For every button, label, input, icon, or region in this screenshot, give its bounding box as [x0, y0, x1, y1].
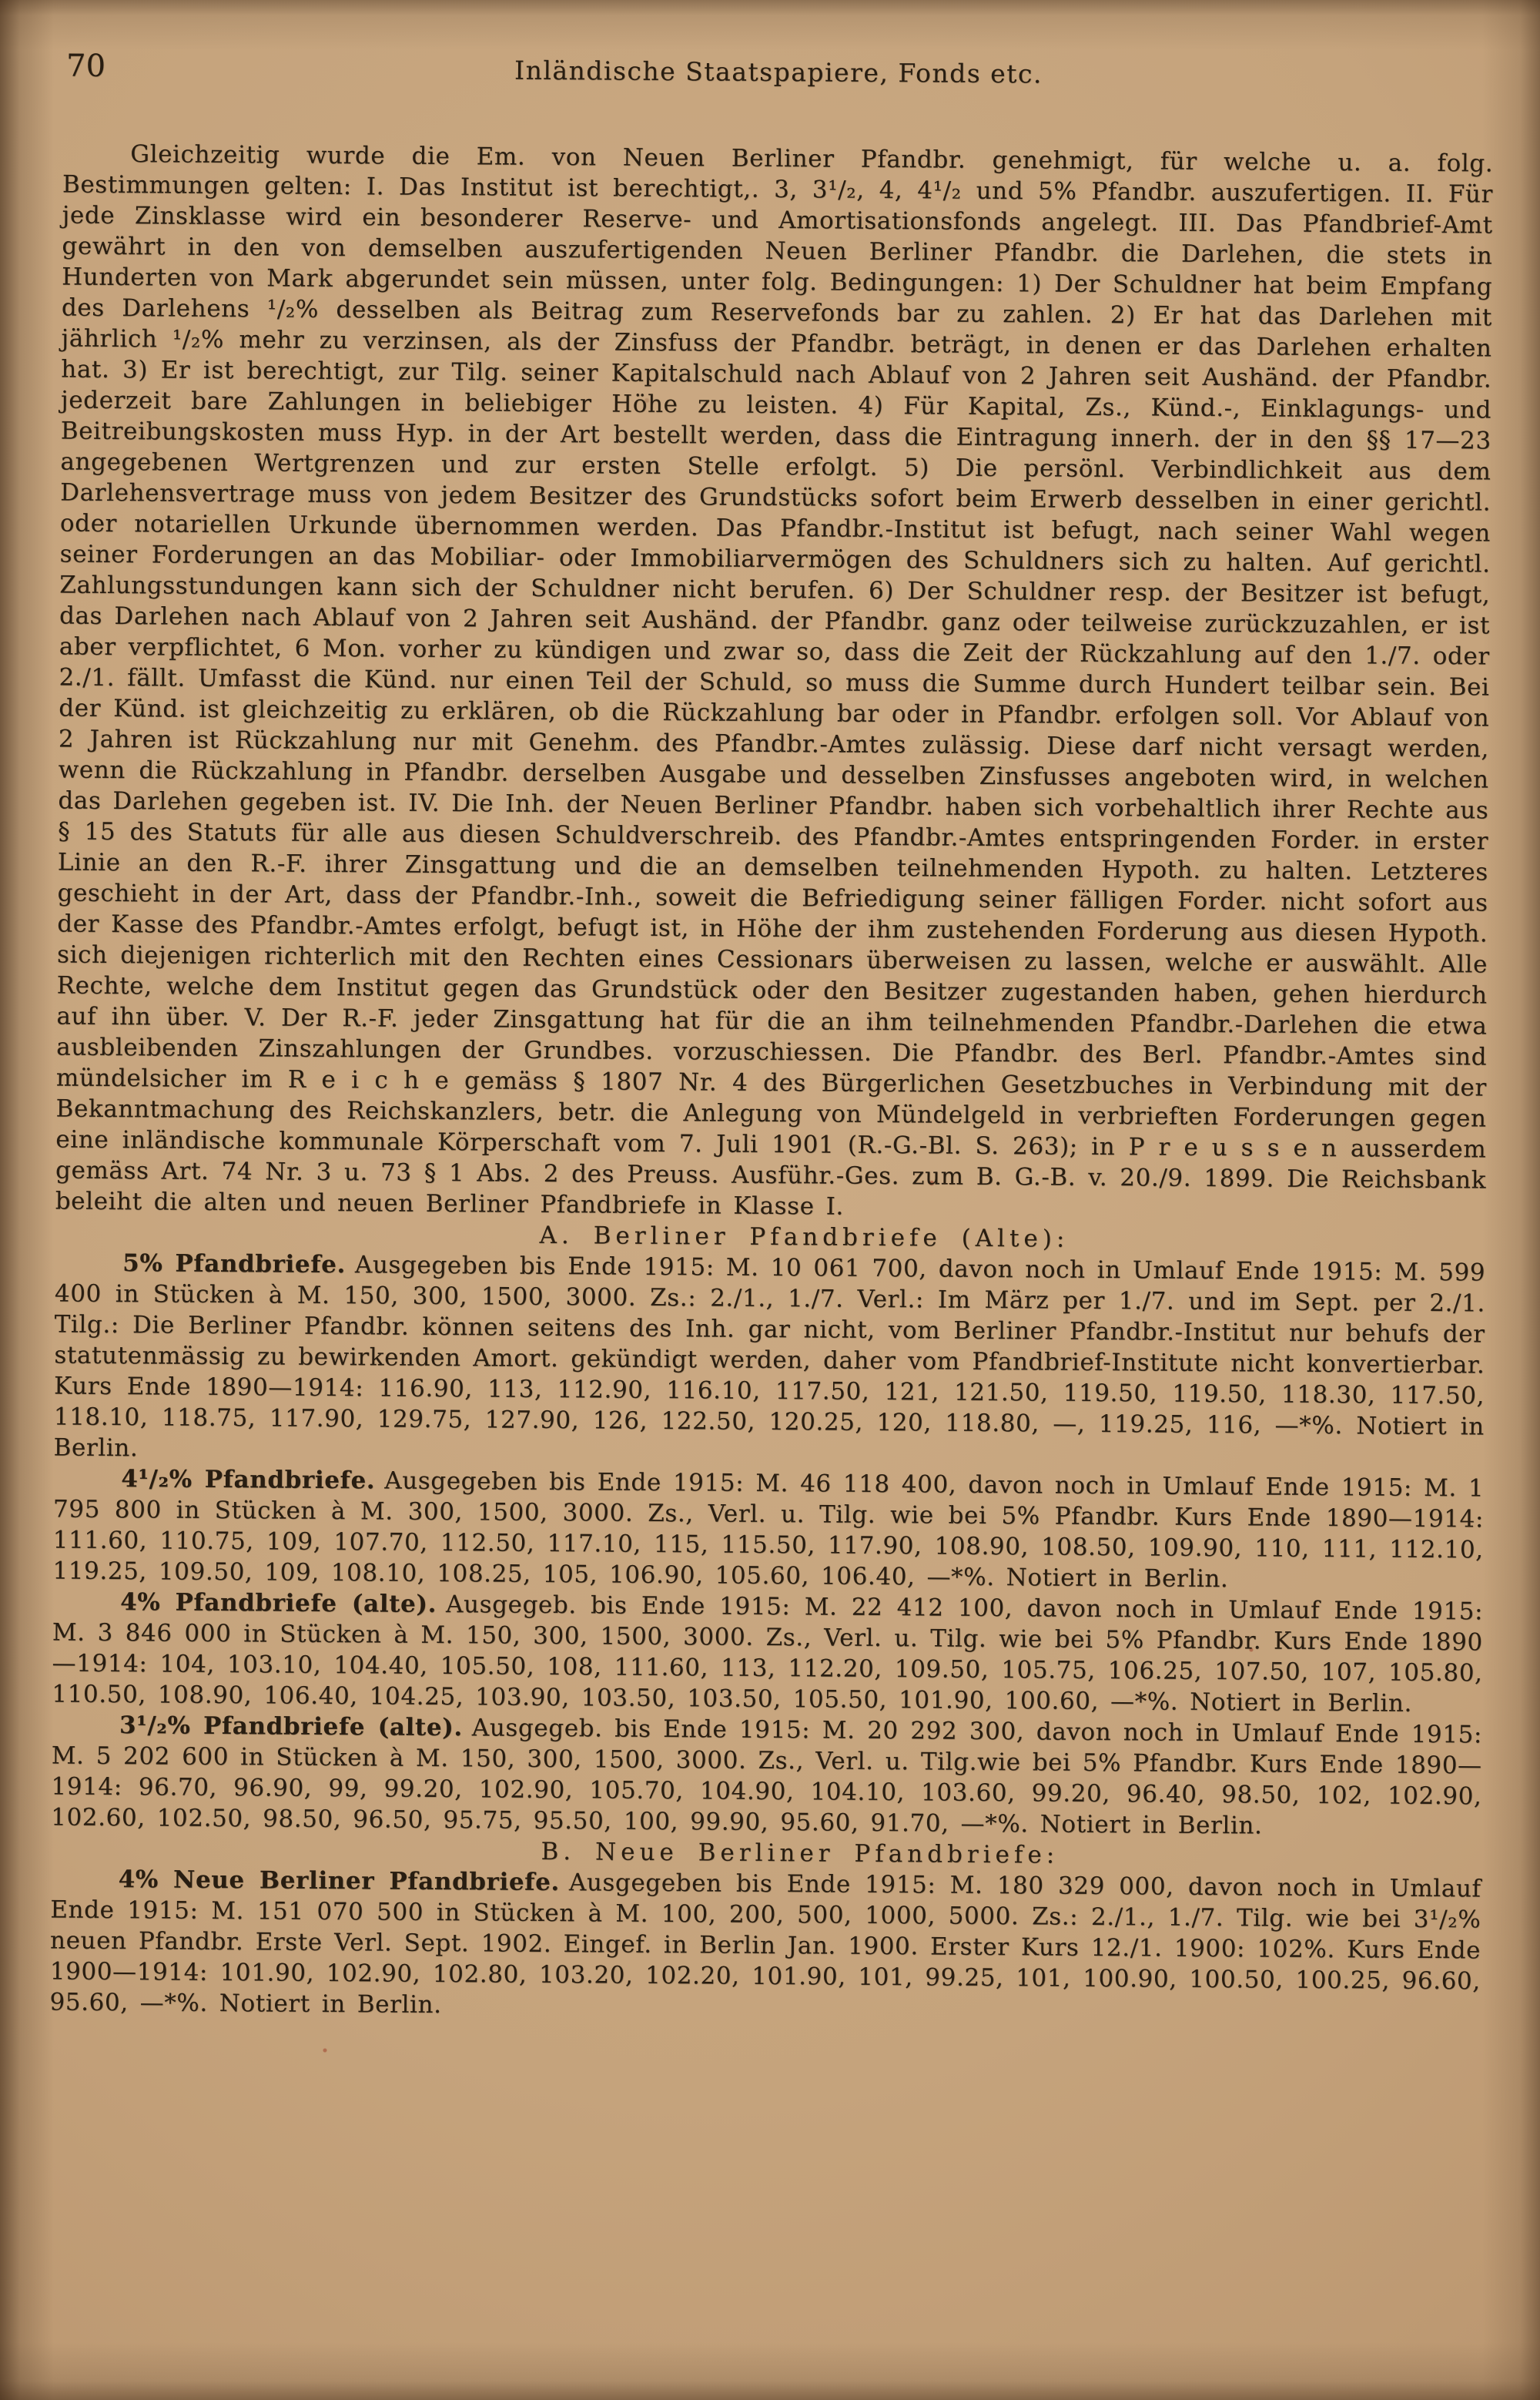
entry-3-5pct-alte-title: 3¹/₂% Pfandbriefe (alte).	[119, 1711, 463, 1741]
page-content: 70 Inländische Staatspapiere, Fonds etc.…	[0, 0, 1540, 2400]
entry-5pct-text: Ausgegeben bis Ende 1915: M. 10 061 700,…	[53, 1251, 1485, 1462]
page-header: 70 Inländische Staatspapiere, Fonds etc.	[66, 48, 1491, 104]
intro-paragraph: Gleichzeitig wurde die Em. von Neuen Ber…	[55, 139, 1494, 1227]
page-body: Gleichzeitig wurde die Em. von Neuen Ber…	[49, 139, 1493, 2028]
entry-4-5pct-pfandbriefe: 4¹/₂% Pfandbriefe.Ausgegeben bis Ende 19…	[52, 1463, 1484, 1597]
entry-5pct-pfandbriefe: 5% Pfandbriefe.Ausgegeben bis Ende 1915:…	[53, 1248, 1485, 1473]
entry-4pct-neue-title: 4% Neue Berliner Pfandbriefe.	[119, 1865, 561, 1896]
entry-4pct-neue-pfandbriefe: 4% Neue Berliner Pfandbriefe.Ausgegeben …	[49, 1864, 1481, 2028]
entry-3-5pct-alte-pfandbriefe: 3¹/₂% Pfandbriefe (alte).Ausgegeb. bis E…	[51, 1710, 1482, 1843]
entry-4-5pct-title: 4¹/₂% Pfandbriefe.	[121, 1465, 375, 1494]
scanned-book-page: 70 Inländische Staatspapiere, Fonds etc.…	[0, 0, 1540, 2400]
running-title: Inländische Staatspapiere, Fonds etc.	[514, 55, 1043, 89]
entry-4pct-alte-title: 4% Pfandbriefe (alte).	[120, 1588, 437, 1618]
intro-paragraph-text: Gleichzeitig wurde die Em. von Neuen Ber…	[55, 140, 1494, 1221]
page-number: 70	[66, 49, 105, 84]
entry-5pct-title: 5% Pfandbriefe.	[122, 1249, 346, 1279]
entry-4pct-alte-pfandbriefe: 4% Pfandbriefe (alte).Ausgegeb. bis Ende…	[52, 1587, 1483, 1720]
